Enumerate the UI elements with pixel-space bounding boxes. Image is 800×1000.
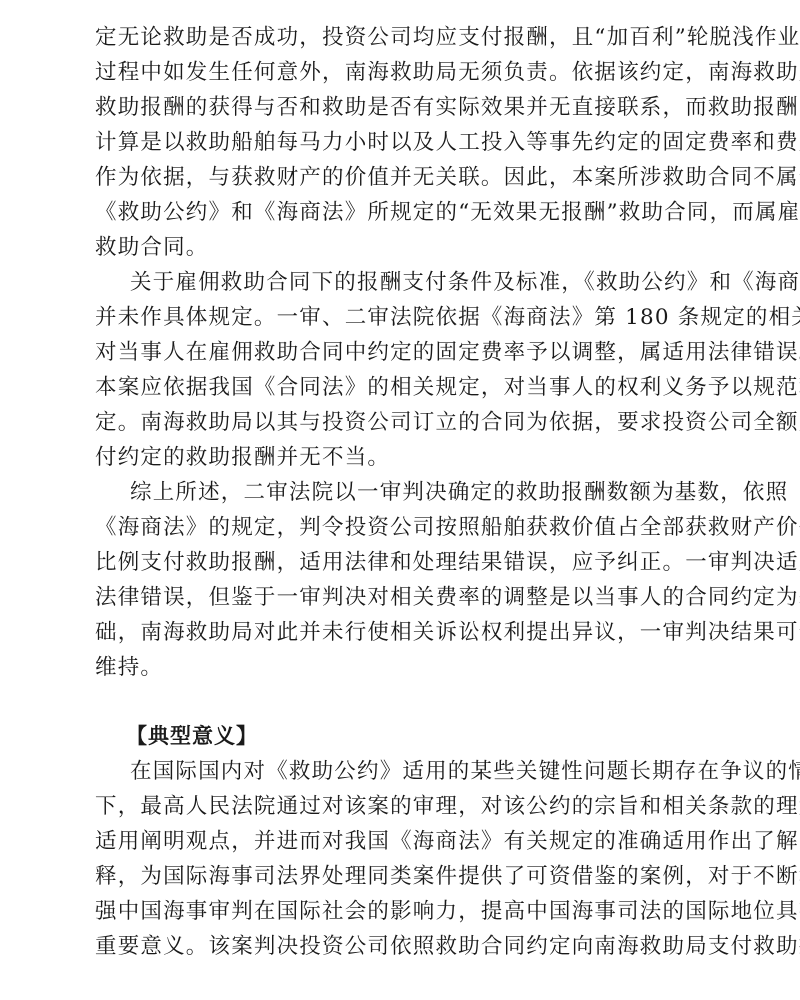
text-line: 适用阐明观点，并进而对我国《海商法》有关规定的准确适用作出了解 xyxy=(95,824,709,859)
text-line: 计算是以救助船舶每马力小时以及人工投入等事先约定的固定费率和费用 xyxy=(95,125,709,160)
text-line: 重要意义。该案判决投资公司依照救助合同约定向南海救助局支付救助报 xyxy=(95,929,709,964)
section-heading: 【典型意义】 xyxy=(95,719,709,754)
text-line: 下，最高人民法院通过对该案的审理，对该公约的宗旨和相关条款的理解 xyxy=(95,789,709,824)
text-line: 础，南海救助局对此并未行使相关诉讼权利提出异议，一审判决结果可予 xyxy=(95,615,709,650)
text-line: 比例支付救助报酬，适用法律和处理结果错误，应予纠正。一审判决适用 xyxy=(95,545,709,580)
text-line: 本案应依据我国《合同法》的相关规定，对当事人的权利义务予以规范和确 xyxy=(95,370,709,405)
paragraph-conclusion: 综上所述，二审法院以一审判决确定的救助报酬数额为基数，依照 《海商法》的规定，判… xyxy=(95,475,709,685)
text-line: 救助报酬的获得与否和救助是否有实际效果并无直接联系，而救助报酬的 xyxy=(95,90,709,125)
text-line: 付约定的救助报酬并无不当。 xyxy=(95,440,709,475)
text-line: 《救助公约》和《海商法》所规定的“无效果无报酬”救助合同，而属雇佣 xyxy=(95,195,709,230)
paragraph-significance: 在国际国内对《救助公约》适用的某些关键性问题长期存在争议的情形 下，最高人民法院… xyxy=(95,754,709,964)
paragraph-contract-nature: 定无论救助是否成功，投资公司均应支付报酬，且“加百利”轮脱浅作业 过程中如发生任… xyxy=(95,20,709,265)
text-line: 作为依据，与获救财产的价值并无关联。因此，本案所涉救助合同不属于 xyxy=(95,160,709,195)
text-line: 定。南海救助局以其与投资公司订立的合同为依据，要求投资公司全额支 xyxy=(95,405,709,440)
document-page: 定无论救助是否成功，投资公司均应支付报酬，且“加百利”轮脱浅作业 过程中如发生任… xyxy=(95,20,709,964)
text-line: 过程中如发生任何意外，南海救助局无须负责。依据该约定，南海救助局 xyxy=(95,55,709,90)
text-line: 关于雇佣救助合同下的报酬支付条件及标准，《救助公约》和《海商法》 xyxy=(95,265,709,300)
section-spacer xyxy=(95,685,709,719)
text-line: 强中国海事审判在国际社会的影响力，提高中国海事司法的国际地位具有 xyxy=(95,894,709,929)
text-line: 《海商法》的规定，判令投资公司按照船舶获救价值占全部获救财产价值的 xyxy=(95,510,709,545)
text-line: 并未作具体规定。一审、二审法院依据《海商法》第 180 条规定的相关因素 xyxy=(95,300,709,335)
text-line: 维持。 xyxy=(95,650,709,685)
text-line: 救助合同。 xyxy=(95,230,709,265)
text-line: 在国际国内对《救助公约》适用的某些关键性问题长期存在争议的情形 xyxy=(95,754,709,789)
text-line: 释，为国际海事司法界处理同类案件提供了可资借鉴的案例，对于不断增 xyxy=(95,859,709,894)
text-line: 综上所述，二审法院以一审判决确定的救助报酬数额为基数，依照 xyxy=(95,475,709,510)
text-line: 对当事人在雇佣救助合同中约定的固定费率予以调整，属适用法律错误。 xyxy=(95,335,709,370)
text-line: 法律错误，但鉴于一审判决对相关费率的调整是以当事人的合同约定为基 xyxy=(95,580,709,615)
paragraph-payment-conditions: 关于雇佣救助合同下的报酬支付条件及标准，《救助公约》和《海商法》 并未作具体规定… xyxy=(95,265,709,475)
text-line: 定无论救助是否成功，投资公司均应支付报酬，且“加百利”轮脱浅作业 xyxy=(95,20,709,55)
